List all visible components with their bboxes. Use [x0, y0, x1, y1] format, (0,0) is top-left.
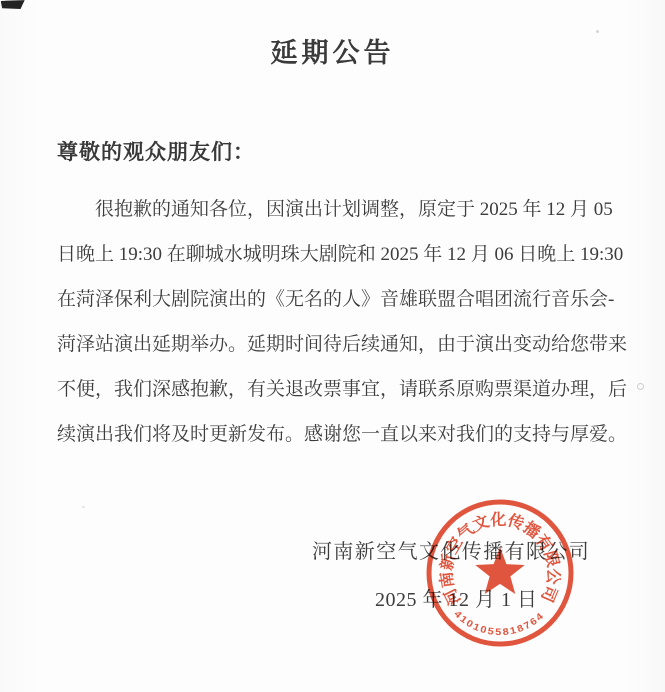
salutation: 尊敬的观众朋友们：	[57, 136, 255, 166]
body-line: 不便，我们深感抱歉，有关退改票事宜，请联系原购票渠道办理，后	[57, 367, 610, 412]
seal-star-icon	[475, 547, 524, 594]
page-title: 延期公告	[0, 31, 665, 70]
body-line: 菏泽站演出延期举办。延期时间待后续通知，由于演出变动给您带来	[57, 322, 610, 367]
scan-corner-artifact	[1, 0, 26, 11]
scanned-announcement-page: 延期公告 尊敬的观众朋友们： 很抱歉的通知各位，因演出计划调整，原定于 2025…	[0, 0, 665, 692]
announcement-body: 很抱歉的通知各位，因演出计划调整，原定于 2025 年 12 月 05 日晚上 …	[57, 187, 610, 457]
body-line: 日晚上 19:30 在聊城水城明珠大剧院和 2025 年 12 月 06 日晚上…	[57, 232, 610, 277]
scan-speck	[637, 383, 644, 390]
body-line: 在菏泽保利大剧院演出的《无名的人》音雄联盟合唱团流行音乐会-	[57, 277, 610, 322]
official-seal: 河南新空气文化传播有限公司 4101055818764	[420, 493, 580, 653]
body-line: 续演出我们将及时更新发布。感谢您一直以来对我们的支持与厚爱。	[57, 412, 610, 457]
body-line: 很抱歉的通知各位，因演出计划调整，原定于 2025 年 12 月 05	[57, 187, 610, 232]
scan-speck	[82, 506, 85, 508]
